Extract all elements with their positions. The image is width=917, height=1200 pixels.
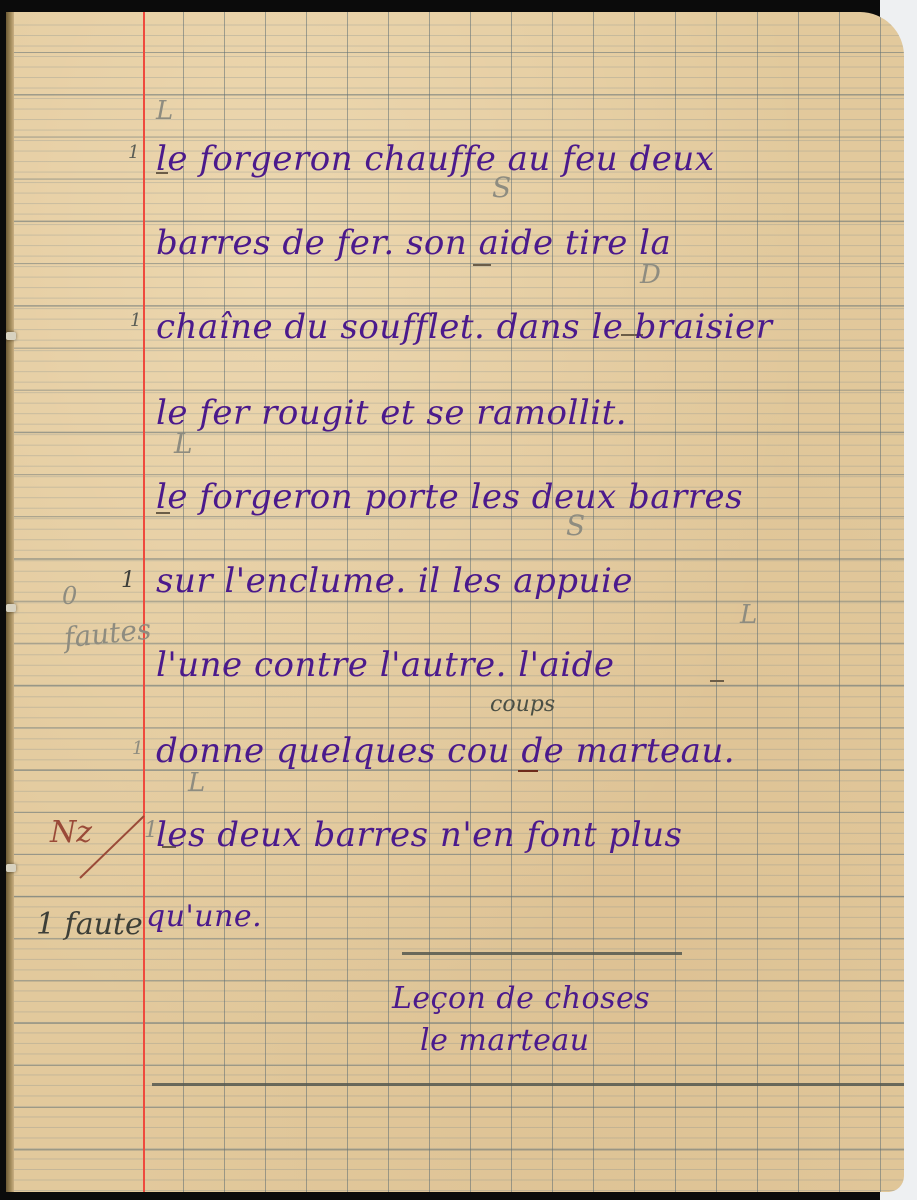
margin-tally: 1 [132, 740, 143, 758]
dictation-line-10: qu'une. [146, 902, 262, 932]
dictation-line-3: chaîne du soufflet. dans le braisier [156, 310, 773, 344]
margin-tally: 1 [121, 570, 135, 592]
lesson-title: Leçon de choses [392, 984, 650, 1014]
notebook-binding [6, 12, 14, 1192]
red-margin-line [143, 12, 145, 1192]
notebook-page: L S D L S L L 1 1 1 1 1 0 fautes Nz 1 fa… [6, 12, 904, 1192]
capital-hint: D [640, 262, 661, 288]
margin-tally: 1 [130, 312, 141, 330]
dictation-line-2: barres de fer. son aide tire la [156, 226, 671, 260]
capital-hint: L [188, 770, 205, 796]
fault-count: 1 faute [36, 910, 143, 940]
capital-hint: L [740, 602, 757, 628]
bottom-rule [152, 1083, 904, 1086]
grade-check-stroke [72, 812, 152, 882]
dictation-line-1: le forgeron chauffe au feu deux [156, 142, 714, 176]
correction-underline [473, 264, 491, 266]
dictation-line-6: sur l'enclume. il les appuie [156, 564, 633, 598]
dictation-line-5: le forgeron porte les deux barres [156, 480, 743, 514]
separator-rule [402, 952, 682, 955]
teacher-correction: coups [490, 694, 555, 716]
dictation-line-9: les deux barres n'en font plus [156, 818, 682, 852]
dictation-line-7: l'une contre l'autre. l'aide [156, 648, 615, 682]
lesson-subtitle: le marteau [420, 1026, 590, 1056]
capital-hint: L [174, 430, 193, 458]
dictation-line-8: donne quelques cou de marteau. [156, 734, 735, 768]
staple-bottom [6, 864, 16, 872]
capital-hint: L [156, 98, 173, 124]
correction-underline [710, 680, 724, 682]
margin-grade-count: 0 [62, 584, 77, 608]
staple-top [6, 332, 16, 340]
staple-middle [6, 604, 16, 612]
dictation-line-4: le fer rougit et se ramollit. [156, 396, 627, 430]
margin-tally: 1 [128, 144, 139, 162]
